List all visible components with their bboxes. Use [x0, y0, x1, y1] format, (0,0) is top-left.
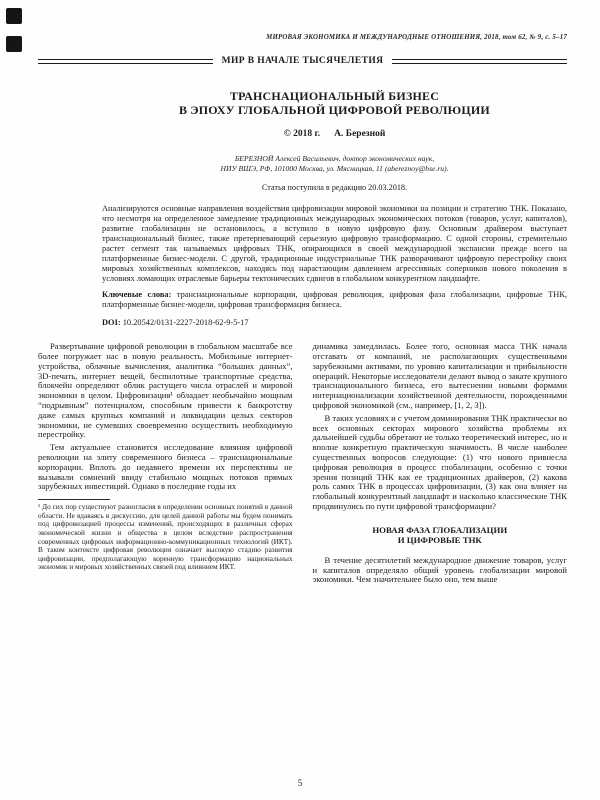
author-line1: БЕРЕЗНОЙ Алексей Васильевич, доктор экон… — [102, 154, 567, 164]
section-heading: НОВАЯ ФАЗА ГЛОБАЛИЗАЦИИ И ЦИФРОВЫЕ ТНК — [313, 525, 568, 546]
body-columns: Развертывание цифровой революции в глоба… — [38, 342, 567, 585]
scan-mark-icon — [6, 8, 22, 24]
received-date-line: Статья поступила в редакцию 20.03.2018. — [102, 183, 567, 192]
banner-rule-right — [392, 59, 567, 64]
keywords-label: Ключевые слова: — [102, 290, 171, 299]
page-number: 5 — [0, 778, 600, 788]
body-paragraph: В таких условиях и с учетом доминировани… — [313, 414, 568, 512]
body-paragraph: динамика замедлилась. Более того, основн… — [313, 342, 568, 411]
author-affiliation: БЕРЕЗНОЙ Алексей Васильевич, доктор экон… — [102, 154, 567, 173]
section-banner-title: МИР В НАЧАЛЕ ТЫСЯЧЕЛЕТИЯ — [213, 56, 393, 66]
body-column-left: Развертывание цифровой революции в глоба… — [38, 342, 293, 585]
copyright-year: © 2018 г. — [284, 129, 320, 139]
author-line2: НИУ ВШЭ, РФ, 101000 Москва, ул. Мясницка… — [102, 164, 567, 174]
body-column-right: динамика замедлилась. Более того, основн… — [313, 342, 568, 585]
section-heading-line1: НОВАЯ ФАЗА ГЛОБАЛИЗАЦИИ — [313, 525, 568, 536]
doi-line: DOI: 10.20542/0131-2227-2018-62-9-5-17 — [102, 318, 567, 327]
keywords-block: Ключевые слова: транснациональные корпор… — [102, 290, 567, 310]
journal-page: МИРОВАЯ ЭКОНОМИКА И МЕЖДУНАРОДНЫЕ ОТНОШЕ… — [0, 0, 600, 800]
section-banner: МИР В НАЧАЛЕ ТЫСЯЧЕЛЕТИЯ — [38, 56, 567, 66]
body-paragraph: Развертывание цифровой революции в глоба… — [38, 342, 293, 440]
section-heading-line2: И ЦИФРОВЫЕ ТНК — [313, 535, 568, 546]
abstract-text: Анализируются основные направления возде… — [102, 204, 567, 283]
keywords-text: транснациональные корпорации, цифровая р… — [102, 290, 567, 309]
body-paragraph: Тем актуальнее становится исследование в… — [38, 443, 293, 492]
doi-value: 10.20542/0131-2227-2018-62-9-5-17 — [121, 318, 249, 327]
article-title: ТРАНСНАЦИОНАЛЬНЫЙ БИЗНЕС В ЭПОХУ ГЛОБАЛЬ… — [102, 89, 567, 117]
doi-label: DOI: — [102, 318, 121, 327]
body-paragraph: В течение десятилетий международное движ… — [313, 556, 568, 585]
copyright-line: © 2018 г.А. Березной — [102, 129, 567, 139]
article-title-line2: В ЭПОХУ ГЛОБАЛЬНОЙ ЦИФРОВОЙ РЕВОЛЮЦИИ — [102, 103, 567, 117]
author-short-name: А. Березной — [334, 129, 385, 139]
footnote-divider — [38, 499, 110, 500]
scan-mark-icon — [6, 36, 22, 52]
footnote-text: ¹ До сих пор существуют разногласия в оп… — [38, 503, 293, 572]
banner-rule-left — [38, 59, 213, 64]
journal-header: МИРОВАЯ ЭКОНОМИКА И МЕЖДУНАРОДНЫЕ ОТНОШЕ… — [38, 34, 567, 41]
article-title-line1: ТРАНСНАЦИОНАЛЬНЫЙ БИЗНЕС — [102, 89, 567, 103]
